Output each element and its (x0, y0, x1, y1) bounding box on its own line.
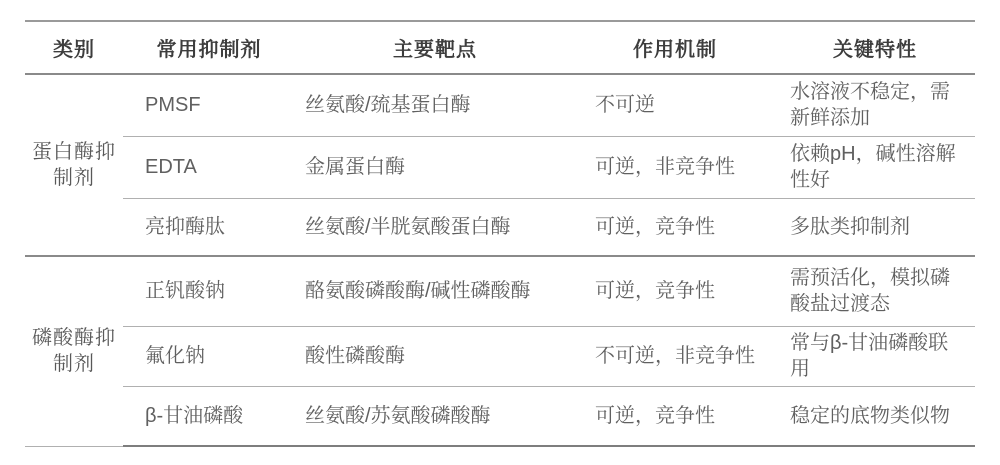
inhibitor-cell: PMSF (123, 74, 295, 136)
target-cell: 金属蛋白酶 (295, 136, 575, 198)
feature-cell: 常与β-甘油磷酸联用 (775, 326, 975, 386)
category-cell: 磷酸酶抑制剂 (25, 256, 123, 446)
inhibitor-cell: EDTA (123, 136, 295, 198)
table-row: 氟化钠 酸性磷酸酶 不可逆，非竞争性 常与β-甘油磷酸联用 (25, 326, 975, 386)
category-cell: 蛋白酶抑制剂 (25, 74, 123, 256)
table-row: 蛋白酶抑制剂 PMSF 丝氨酸/巯基蛋白酶 不可逆 水溶液不稳定，需新鲜添加 (25, 74, 975, 136)
mechanism-cell: 可逆，竞争性 (575, 256, 775, 326)
mechanism-cell: 可逆，竞争性 (575, 198, 775, 256)
header-target: 主要靶点 (295, 21, 575, 74)
mechanism-cell: 不可逆 (575, 74, 775, 136)
inhibitor-cell: 正钒酸钠 (123, 256, 295, 326)
feature-cell: 稳定的底物类似物 (775, 386, 975, 446)
inhibitor-cell: β-甘油磷酸 (123, 386, 295, 446)
feature-cell: 水溶液不稳定，需新鲜添加 (775, 74, 975, 136)
feature-cell: 依赖pH，碱性溶解性好 (775, 136, 975, 198)
target-cell: 酪氨酸磷酸酶/碱性磷酸酶 (295, 256, 575, 326)
mechanism-cell: 不可逆，非竞争性 (575, 326, 775, 386)
table-row: EDTA 金属蛋白酶 可逆，非竞争性 依赖pH，碱性溶解性好 (25, 136, 975, 198)
target-cell: 丝氨酸/半胱氨酸蛋白酶 (295, 198, 575, 256)
table-row: 磷酸酶抑制剂 正钒酸钠 酪氨酸磷酸酶/碱性磷酸酶 可逆，竞争性 需预活化，模拟磷… (25, 256, 975, 326)
target-cell: 丝氨酸/巯基蛋白酶 (295, 74, 575, 136)
feature-cell: 需预活化，模拟磷酸盐过渡态 (775, 256, 975, 326)
mechanism-cell: 可逆，竞争性 (575, 386, 775, 446)
inhibitor-cell: 亮抑酶肽 (123, 198, 295, 256)
table-row: β-甘油磷酸 丝氨酸/苏氨酸磷酸酶 可逆，竞争性 稳定的底物类似物 (25, 386, 975, 446)
target-cell: 丝氨酸/苏氨酸磷酸酶 (295, 386, 575, 446)
header-mechanism: 作用机制 (575, 21, 775, 74)
header-feature: 关键特性 (775, 21, 975, 74)
inhibitor-cell: 氟化钠 (123, 326, 295, 386)
inhibitor-table-wrapper: 类别 常用抑制剂 主要靶点 作用机制 关键特性 蛋白酶抑制剂 PMSF 丝氨酸/… (25, 20, 975, 447)
header-inhibitor: 常用抑制剂 (123, 21, 295, 74)
header-row: 类别 常用抑制剂 主要靶点 作用机制 关键特性 (25, 21, 975, 74)
inhibitor-table: 类别 常用抑制剂 主要靶点 作用机制 关键特性 蛋白酶抑制剂 PMSF 丝氨酸/… (25, 20, 975, 447)
target-cell: 酸性磷酸酶 (295, 326, 575, 386)
table-row: 亮抑酶肽 丝氨酸/半胱氨酸蛋白酶 可逆，竞争性 多肽类抑制剂 (25, 198, 975, 256)
feature-cell: 多肽类抑制剂 (775, 198, 975, 256)
mechanism-cell: 可逆，非竞争性 (575, 136, 775, 198)
header-category: 类别 (25, 21, 123, 74)
